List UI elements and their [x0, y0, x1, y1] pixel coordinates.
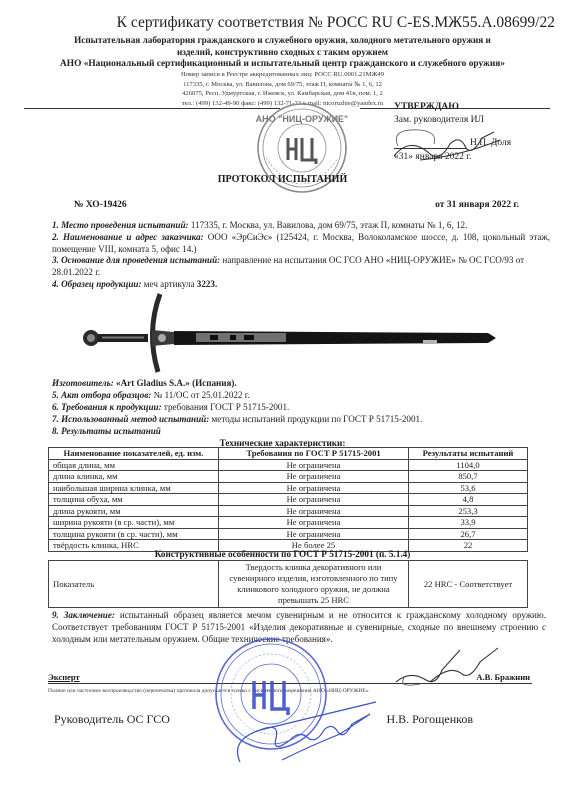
result-cell: 4,8 — [409, 494, 528, 506]
column-header: Требования по ГОСТ Р 51715-2001 — [219, 448, 409, 460]
requirement-cell: Не ограничена — [219, 482, 409, 494]
result-cell: 850,7 — [409, 471, 528, 483]
item-results: 8. Результаты испытаний — [52, 426, 550, 438]
result-cell: 53,6 — [409, 482, 528, 494]
table-row: ширина рукояти (в ср. части), ммНе огран… — [49, 517, 528, 529]
organization-name: АНО «Национальный сертификационный и исп… — [20, 58, 545, 70]
approver-signature-icon — [390, 126, 510, 166]
item-test-location: 1. Место проведения испытаний: 117335, г… — [52, 220, 550, 232]
requirement-cell: Не ограничена — [219, 459, 409, 471]
column-header: Наименование показателей, ед. изм. — [49, 448, 219, 460]
svg-text:АНО "НИЦ-ОРУЖИЕ": АНО "НИЦ-ОРУЖИЕ" — [256, 114, 349, 124]
result-cell: 26,7 — [409, 528, 528, 540]
certificate-title: К сертификату соответствия № РОСС RU C-E… — [0, 14, 555, 32]
item-sampling-act: 5. Акт отбора образцов: № 11/ОС от 25.01… — [52, 390, 550, 402]
construct-table-title: Конструктивные особенности по ГОСТ Р 517… — [0, 549, 565, 559]
indicator-cell: Показатель — [49, 561, 219, 608]
result-cell: 22 HRC - Соответствует — [409, 561, 528, 608]
indicator-cell: общая длина, мм — [49, 459, 219, 471]
item-basis: 3. Основание для проведения испытаний: н… — [52, 255, 550, 278]
table-row: толщина обуха, ммНе ограничена4,8 — [49, 494, 528, 506]
item-manufacturer: Изготовитель: «Art Gladius S.A.» (Испани… — [52, 378, 550, 390]
expert-label: Эксперт — [48, 672, 80, 682]
result-cell: 1104,0 — [409, 459, 528, 471]
protocol-date: от 31 января 2022 г. — [435, 200, 519, 210]
construct-features-table: Показатель Твердость клинка декоративног… — [48, 560, 528, 608]
item-sample: 4. Образец продукции: меч артикула 3223. — [52, 279, 550, 291]
approval-block: УТВЕРЖДАЮ Зам. руководителя ИЛ Н.П. Доля… — [394, 101, 484, 127]
indicator-cell: наибольшая ширина клинка, мм — [49, 482, 219, 494]
requirement-cell: Не ограничена — [219, 517, 409, 529]
indicator-cell: длина рукояти, мм — [49, 505, 219, 517]
approval-title: УТВЕРЖДАЮ — [394, 101, 484, 114]
indicator-cell: ширина рукояти (в ср. части), мм — [49, 517, 219, 529]
table-row: толщина рукояти (в ср. части), ммНе огра… — [49, 528, 528, 540]
address-izhevsk: 426075, Респ. Удмуртская, г. Ижевск, ул.… — [60, 89, 505, 98]
requirement-cell: Не ограничена — [219, 528, 409, 540]
lab-name-line2: изделий, конструктивно сходных с таким о… — [20, 46, 545, 58]
indicator-cell: длина клинка, мм — [49, 471, 219, 483]
requirement-cell: Твердость клинка декоративного или сувен… — [219, 561, 409, 608]
table-row: Показатель Твердость клинка декоративног… — [49, 561, 528, 608]
requirement-cell: Не ограничена — [219, 471, 409, 483]
result-cell: 253,3 — [409, 505, 528, 517]
protocol-title: ПРОТОКОЛ ИСПЫТАНИЙ — [0, 174, 565, 185]
lab-name-line1: Испытательная лаборатория гражданского и… — [20, 34, 545, 46]
requirement-cell: Не ограничена — [219, 505, 409, 517]
requirement-cell: Не ограничена — [219, 494, 409, 506]
expert-signature-icon — [390, 644, 500, 690]
indicator-cell: толщина рукояти (в ср. части), мм — [49, 528, 219, 540]
item-test-method: 7. Использованный метод испытаний: метод… — [52, 414, 550, 426]
head-label: Руководитель ОС ГСО — [54, 712, 170, 727]
item-customer: 2. Наименование и адрес заказчика: ООО «… — [52, 232, 550, 255]
table-row: наибольшая ширина клинка, ммНе ограничен… — [49, 482, 528, 494]
registry-number: Номер записи в Реестре аккредитованных л… — [60, 70, 505, 79]
head-signature-icon — [220, 700, 380, 766]
table-row: общая длина, ммНе ограничена1104,0 — [49, 459, 528, 471]
tech-characteristics-table: Наименование показателей, ед. изм. Требо… — [48, 447, 528, 552]
head-name: Н.В. Рогощенков — [386, 712, 473, 727]
address-moscow: 117335, г. Москва, ул. Вавилова, дом 69/… — [60, 80, 505, 89]
table-header-row: Наименование показателей, ед. изм. Требо… — [49, 448, 528, 460]
sword-photo — [80, 292, 500, 374]
table-row: длина рукояти, ммНе ограничена253,3 — [49, 505, 528, 517]
protocol-number: № ХО-19426 — [74, 200, 127, 210]
column-header: Результаты испытаний — [409, 448, 528, 460]
result-cell: 33,9 — [409, 517, 528, 529]
table-row: длина клинка, ммНе ограничена850,7 — [49, 471, 528, 483]
header-divider — [24, 108, 280, 109]
item-requirements: 6. Требования к продукции: требования ГО… — [52, 402, 550, 414]
indicator-cell: толщина обуха, мм — [49, 494, 219, 506]
